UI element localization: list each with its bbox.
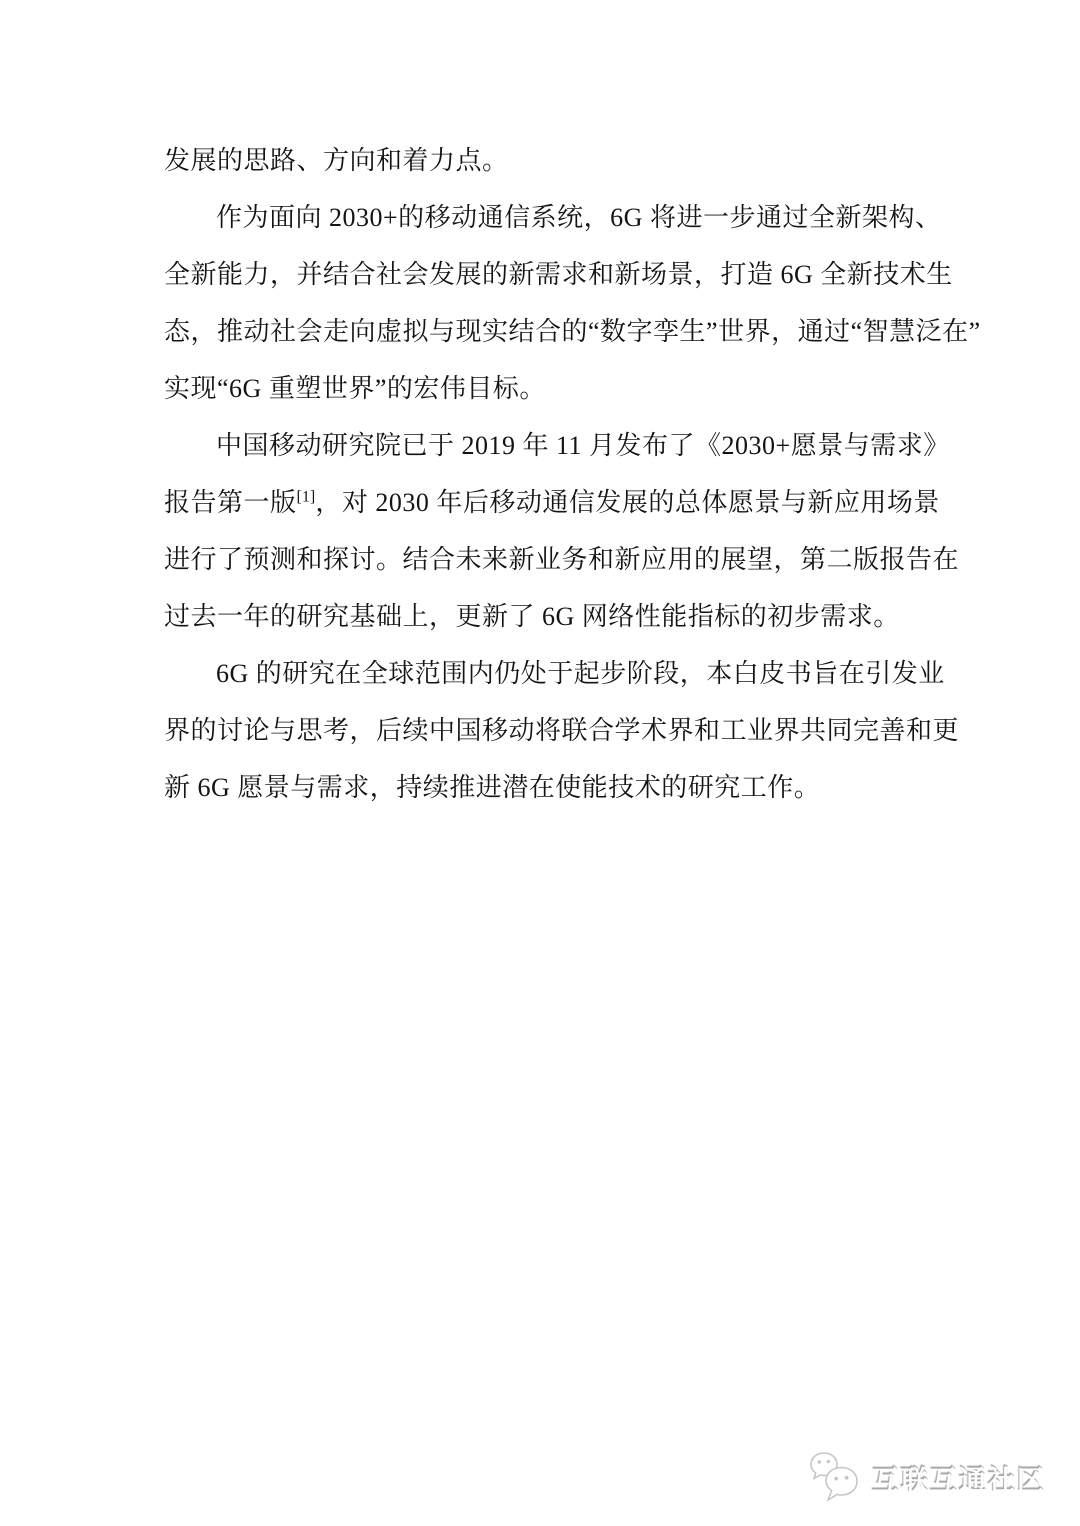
text-line: 全新能力，并结合社会发展的新需求和新场景，打造 6G 全新技术生 — [164, 246, 920, 303]
document-page: 发展的思路、方向和着力点。 作为面向 2030+的移动通信系统，6G 将进一步通… — [0, 0, 1080, 1526]
text-line: 过去一年的研究基础上，更新了 6G 网络性能指标的初步需求。 — [164, 588, 920, 645]
text-line: 报告第一版[1]，对 2030 年后移动通信发展的总体愿景与新应用场景 — [164, 474, 920, 531]
text-segment: ，对 2030 年后移动通信发展的总体愿景与新应用场景 — [315, 488, 940, 517]
text-line: 态，推动社会走向虚拟与现实结合的“数字孪生”世界，通过“智慧泛在” — [164, 303, 920, 360]
watermark-label: 互联互通社区 — [872, 1459, 1046, 1498]
community-watermark: 互联互通社区 — [808, 1450, 1046, 1506]
text-line: 6G 的研究在全球范围内仍处于起步阶段，本白皮书旨在引发业 — [164, 645, 920, 702]
footnote-ref: [1] — [297, 488, 316, 505]
text-line: 中国移动研究院已于 2019 年 11 月发布了《2030+愿景与需求》 — [164, 417, 920, 474]
text-line: 实现“6G 重塑世界”的宏伟目标。 — [164, 360, 920, 417]
text-line: 新 6G 愿景与需求，持续推进潜在使能技术的研究工作。 — [164, 759, 920, 816]
wechat-chat-bubbles-icon — [808, 1450, 862, 1506]
text-line: 进行了预测和探讨。结合未来新业务和新应用的展望，第二版报告在 — [164, 531, 920, 588]
text-segment: 报告第一版 — [164, 488, 297, 517]
text-line: 发展的思路、方向和着力点。 — [164, 132, 920, 189]
page-body-text: 发展的思路、方向和着力点。 作为面向 2030+的移动通信系统，6G 将进一步通… — [164, 132, 920, 816]
text-line: 界的讨论与思考，后续中国移动将联合学术界和工业界共同完善和更 — [164, 702, 920, 759]
text-line: 作为面向 2030+的移动通信系统，6G 将进一步通过全新架构、 — [164, 189, 920, 246]
